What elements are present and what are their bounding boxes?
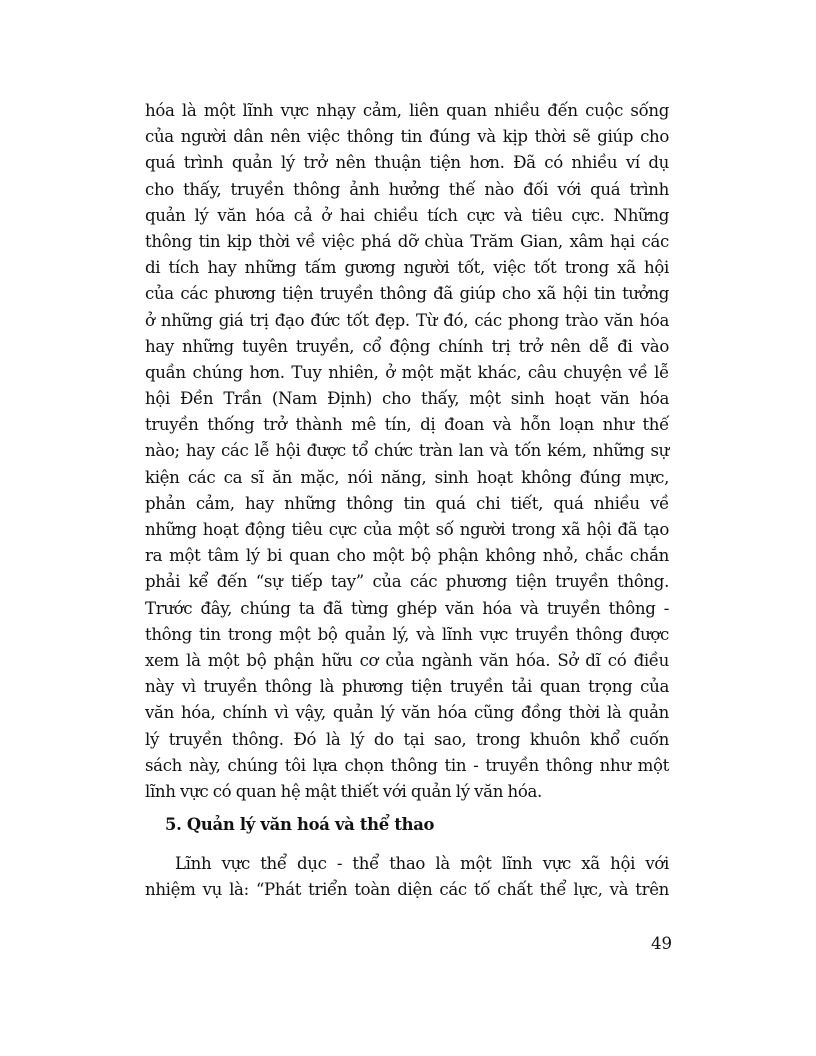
text-line: phải kể đến “sự tiếp tay” của các phương… — [145, 569, 669, 595]
text-line: di tích hay những tấm gương người tốt, v… — [145, 255, 669, 281]
text-line: văn hóa, chính vì vậy, quản lý văn hóa c… — [145, 700, 669, 726]
text-line: này vì truyền thông là phương tiện truyề… — [145, 674, 669, 700]
body-paragraph: hóa là một lĩnh vực nhạy cảm, liên quan … — [145, 98, 669, 805]
text-line: nhiệm vụ là: “Phát triển toàn diện các t… — [145, 877, 669, 903]
text-line: lý truyền thông. Đó là lý do tại sao, tr… — [145, 727, 669, 753]
text-line: hội Đền Trần (Nam Định) cho thấy, một si… — [145, 386, 669, 412]
text-line: phản cảm, hay những thông tin quá chi ti… — [145, 491, 669, 517]
text-line: ở những giá trị đạo đức tốt đẹp. Từ đó, … — [145, 308, 669, 334]
text-line: hóa là một lĩnh vực nhạy cảm, liên quan … — [145, 98, 669, 124]
text-line: quá trình quản lý trở nên thuận tiện hơn… — [145, 150, 669, 176]
text-line: sách này, chúng tôi lựa chọn thông tin -… — [145, 753, 669, 779]
section-heading: 5. Quản lý văn hoá và thể thao — [165, 812, 434, 838]
text-line: lĩnh vực có quan hệ mật thiết với quản l… — [145, 779, 669, 805]
text-line: những hoạt động tiêu cực của một số ngườ… — [145, 517, 669, 543]
text-line: thông tin kịp thời về việc phá dỡ chùa T… — [145, 229, 669, 255]
text-line: nào; hay các lễ hội được tổ chức tràn la… — [145, 438, 669, 464]
text-line: hay những tuyên truyền, cổ động chính tr… — [145, 334, 669, 360]
text-line: của người dân nên việc thông tin đúng và… — [145, 124, 669, 150]
section-paragraph: Lĩnh vực thể dục - thể thao là một lĩnh … — [145, 851, 669, 903]
text-line: ra một tâm lý bi quan cho một bộ phận kh… — [145, 543, 669, 569]
text-line: xem là một bộ phận hữu cơ của ngành văn … — [145, 648, 669, 674]
text-line: kiện các ca sĩ ăn mặc, nói năng, sinh ho… — [145, 465, 669, 491]
text-line: của các phương tiện truyền thông đã giúp… — [145, 281, 669, 307]
page-number: 49 — [651, 933, 672, 955]
text-line: Lĩnh vực thể dục - thể thao là một lĩnh … — [145, 851, 669, 877]
text-line: Trước đây, chúng ta đã từng ghép văn hóa… — [145, 596, 669, 622]
text-line: quần chúng hơn. Tuy nhiên, ở một mặt khá… — [145, 360, 669, 386]
book-page: hóa là một lĩnh vực nhạy cảm, liên quan … — [0, 0, 816, 1056]
text-line: truyền thống trở thành mê tín, dị đoan v… — [145, 412, 669, 438]
text-line: quản lý văn hóa cả ở hai chiều tích cực … — [145, 203, 669, 229]
text-line: cho thấy, truyền thông ảnh hưởng thế nào… — [145, 177, 669, 203]
text-line: thông tin trong một bộ quản lý, và lĩnh … — [145, 622, 669, 648]
